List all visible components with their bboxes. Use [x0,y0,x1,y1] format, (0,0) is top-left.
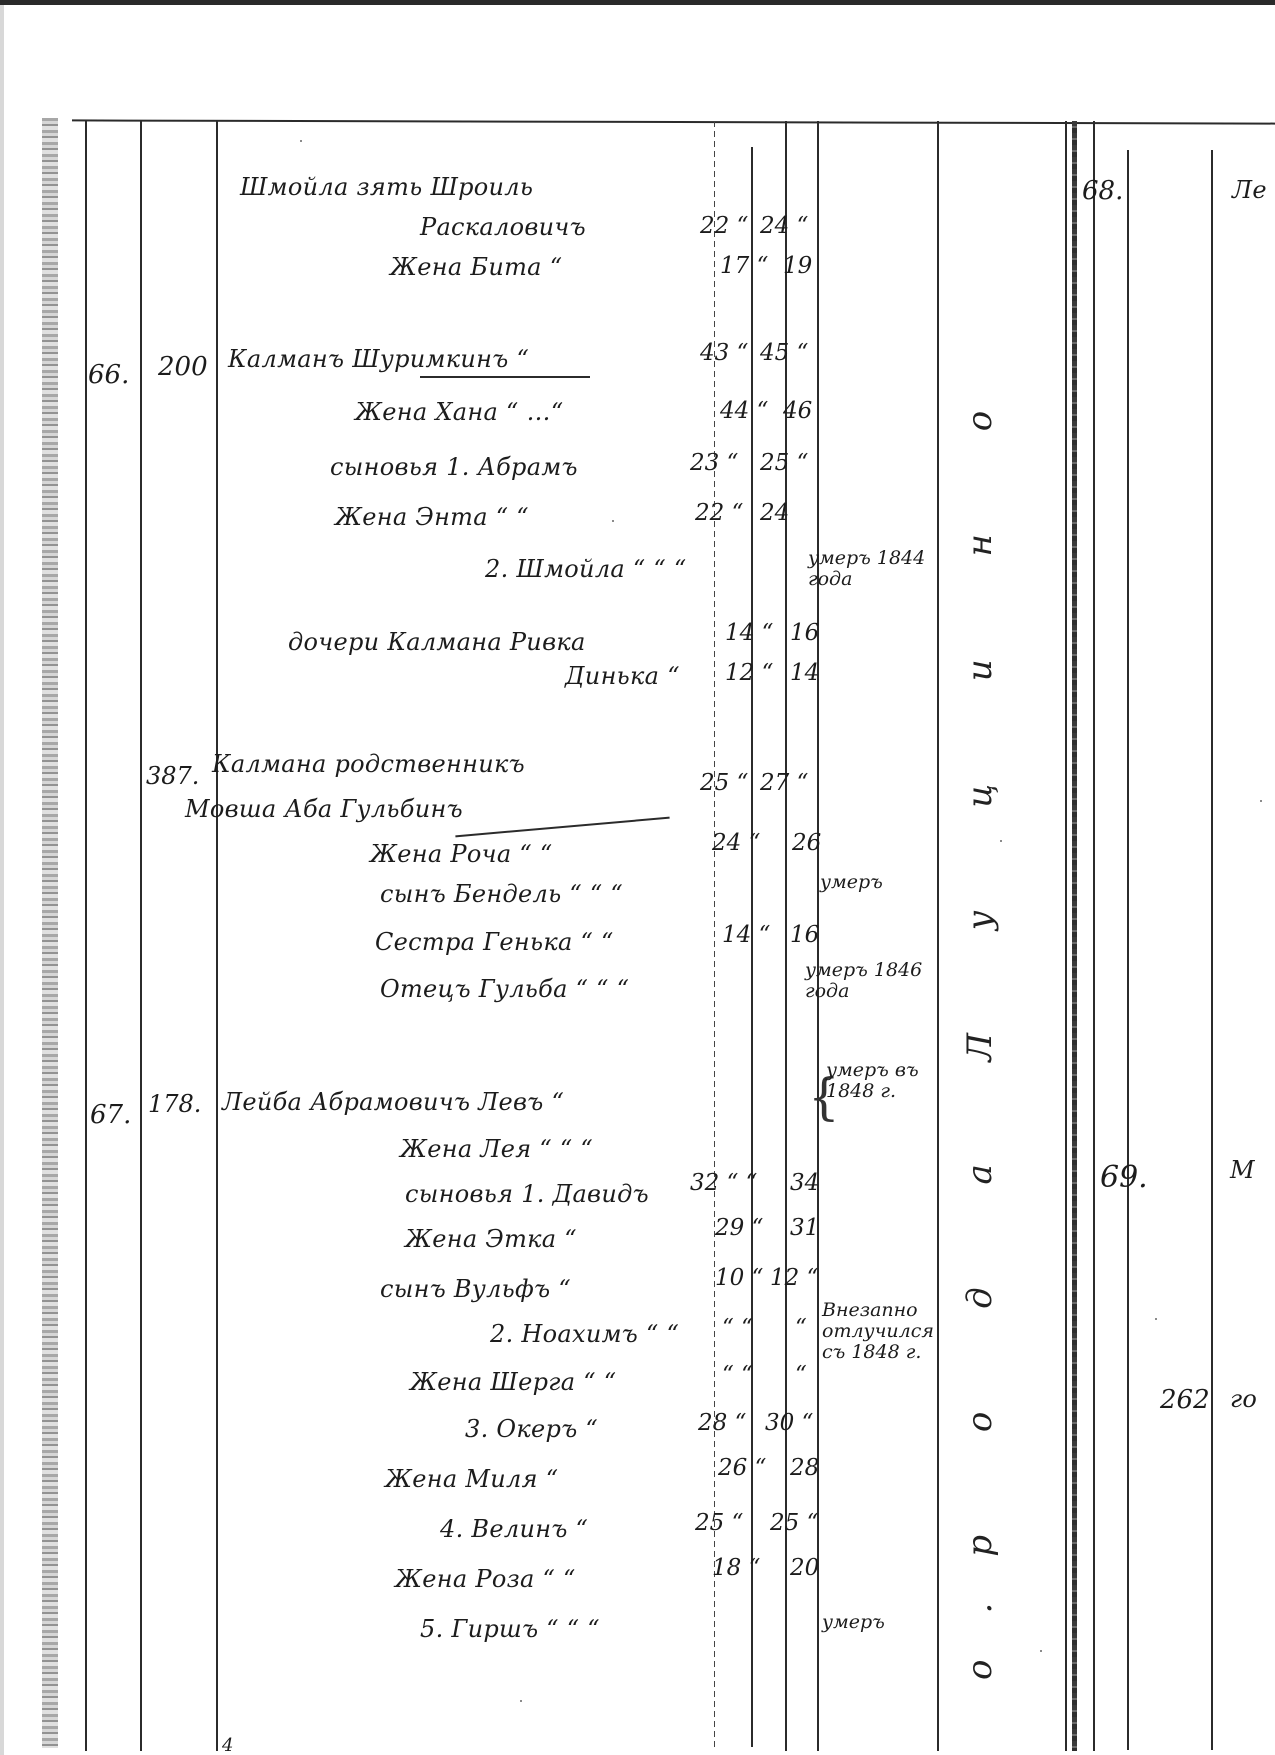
age-b: 16 [790,922,819,948]
age-a: 22 “ [695,500,743,526]
head-of-household: Лейба Абрамовичъ Левъ “ [222,1088,564,1116]
entry-line: Жена Энта “ “ [335,503,529,531]
age-b: 26 [792,830,821,856]
age-a: 10 “ [715,1265,763,1291]
age-b: 16 [790,620,819,646]
age-b: 12 “ [770,1265,818,1291]
age-b: 46 [783,398,812,424]
age-b: “ [795,1362,807,1388]
age-a: “ “ [722,1362,753,1388]
right-page-entry-number: 69. [1100,1160,1148,1195]
entry-line: Жена Миля “ [385,1465,558,1493]
right-page-entry-number: 68. [1082,176,1123,206]
right-column-rule-2 [1093,121,1095,1751]
scan-top-border [0,0,1275,5]
entry-line: Жена Роча “ “ [370,840,552,868]
age-a: 32 “ “ [690,1170,757,1196]
age-b: 25 “ [770,1510,818,1536]
column-rule-3 [216,121,218,1751]
remark-note: умеръ 1846 года [805,960,935,1002]
age-a: 24 “ [712,830,760,856]
entry-line: сынъ Бендель “ “ “ [380,880,623,908]
right-page-fragment: го [1230,1385,1257,1413]
surname-underline [455,817,669,838]
entry-line: 2. Ноахимъ “ “ [490,1320,679,1348]
previous-revision-number: 178. [148,1090,201,1118]
vertical-margin-note: о.р о д а Л у ц и н о [960,200,1000,1680]
remark-note: умеръ [822,1612,885,1633]
scan-speck [1000,840,1002,842]
entry-line: 2. Шмойла “ “ “ [485,555,687,583]
remark-note: умеръ [820,872,883,893]
age-a: “ “ [722,1315,753,1341]
scan-speck [1260,800,1262,802]
previous-revision-number: 200 [158,352,208,382]
entry-line: сынъ Вульфъ “ [380,1275,571,1303]
age-a: 18 “ [712,1555,760,1581]
age-b: 27 “ [760,770,808,796]
age-b: 28 [790,1455,819,1481]
entry-line: 5. Гиршъ “ “ “ [420,1615,600,1643]
scan-speck [520,1700,522,1702]
age-b: 45 “ [760,340,808,366]
age-b: 14 [790,660,819,686]
right-column-rule-1 [1065,121,1067,1751]
entry-line: Жена Лея “ “ “ [400,1135,593,1163]
age-a: 25 “ [695,1510,743,1536]
household-number: 66. [88,360,129,390]
entry-line: Жена Роза “ “ [395,1565,576,1593]
column-rule-2 [140,121,142,1751]
entry-line: 3. Океръ “ [465,1415,598,1443]
right-page-entry-text: М [1230,1156,1255,1184]
age-b: 34 [790,1170,819,1196]
right-column-rule-3 [1127,150,1129,1750]
age-b: 19 [783,253,812,279]
age-a: 14 “ [722,922,770,948]
age-b: “ [795,1315,807,1341]
age-a: 43 “ [700,340,748,366]
entry-line: Жена Хана “ …“ [355,398,563,426]
age-a: 25 “ [700,770,748,796]
entry-line: Жена Шерга “ “ [410,1368,616,1396]
entry-line: Калмана родственникъ [212,750,525,778]
age-b: 25 “ [760,450,808,476]
entry-line: Раскаловичъ [420,213,586,241]
age-b: 20 [790,1555,819,1581]
age-a: 26 “ [718,1455,766,1481]
age-a: 44 “ [720,398,768,424]
age-a: 29 “ [715,1215,763,1241]
column-rule-1 [85,121,87,1751]
entry-line: Мовша Аба Гульбинъ [185,795,463,823]
entry-line: Жена Бита “ [390,253,562,281]
entry-line: сыновья 1. Давидъ [405,1180,649,1208]
remark-note: Внезапно отлучился съ 1848 г. [822,1300,937,1363]
entry-line: Динька “ [565,662,680,690]
age-a: 23 “ [690,450,738,476]
surname-underline [420,376,590,378]
column-rule-remarks [937,121,939,1751]
footer-mark: 4 [222,1735,233,1755]
previous-revision-number: 387. [146,762,199,790]
scan-speck [612,520,614,522]
age-a: 12 “ [725,660,773,686]
age-b: 24 [760,500,789,526]
age-b: 24 “ [760,213,808,239]
entry-line: дочери Калмана Ривка [288,628,586,656]
entry-line: сыновья 1. Абрамъ [330,453,578,481]
right-column-rule-4 [1211,150,1213,1750]
remark-note: умеръ въ 1848 г. [826,1060,936,1102]
remark-note: умеръ 1844 года [808,548,938,590]
page-binding-edge [42,118,58,1748]
scan-left-shadow [0,5,4,1755]
right-page-entry-text: Ле [1232,176,1267,204]
right-page-number: 262 [1160,1385,1210,1415]
scan-speck [300,140,302,142]
entry-line: Сестра Генька “ “ [375,928,614,956]
entry-line: Жена Этка “ [405,1225,577,1253]
scan-speck [1040,1650,1042,1652]
entry-line: 4. Велинъ “ [440,1515,588,1543]
entry-line: Отецъ Гульба “ “ “ [380,975,629,1003]
page-fold-rule [1072,121,1077,1751]
age-b: 30 “ [765,1410,813,1436]
household-number: 67. [90,1100,131,1130]
age-a: 22 “ [700,213,748,239]
age-b: 31 [790,1215,819,1241]
head-of-household: Калманъ Шуримкинъ “ [228,345,529,373]
age-a: 17 “ [720,253,768,279]
age-a: 28 “ [698,1410,746,1436]
entry-line: Шмойла зять Шроиль [240,173,533,201]
scan-speck [1155,1318,1157,1320]
age-a: 14 “ [725,620,773,646]
